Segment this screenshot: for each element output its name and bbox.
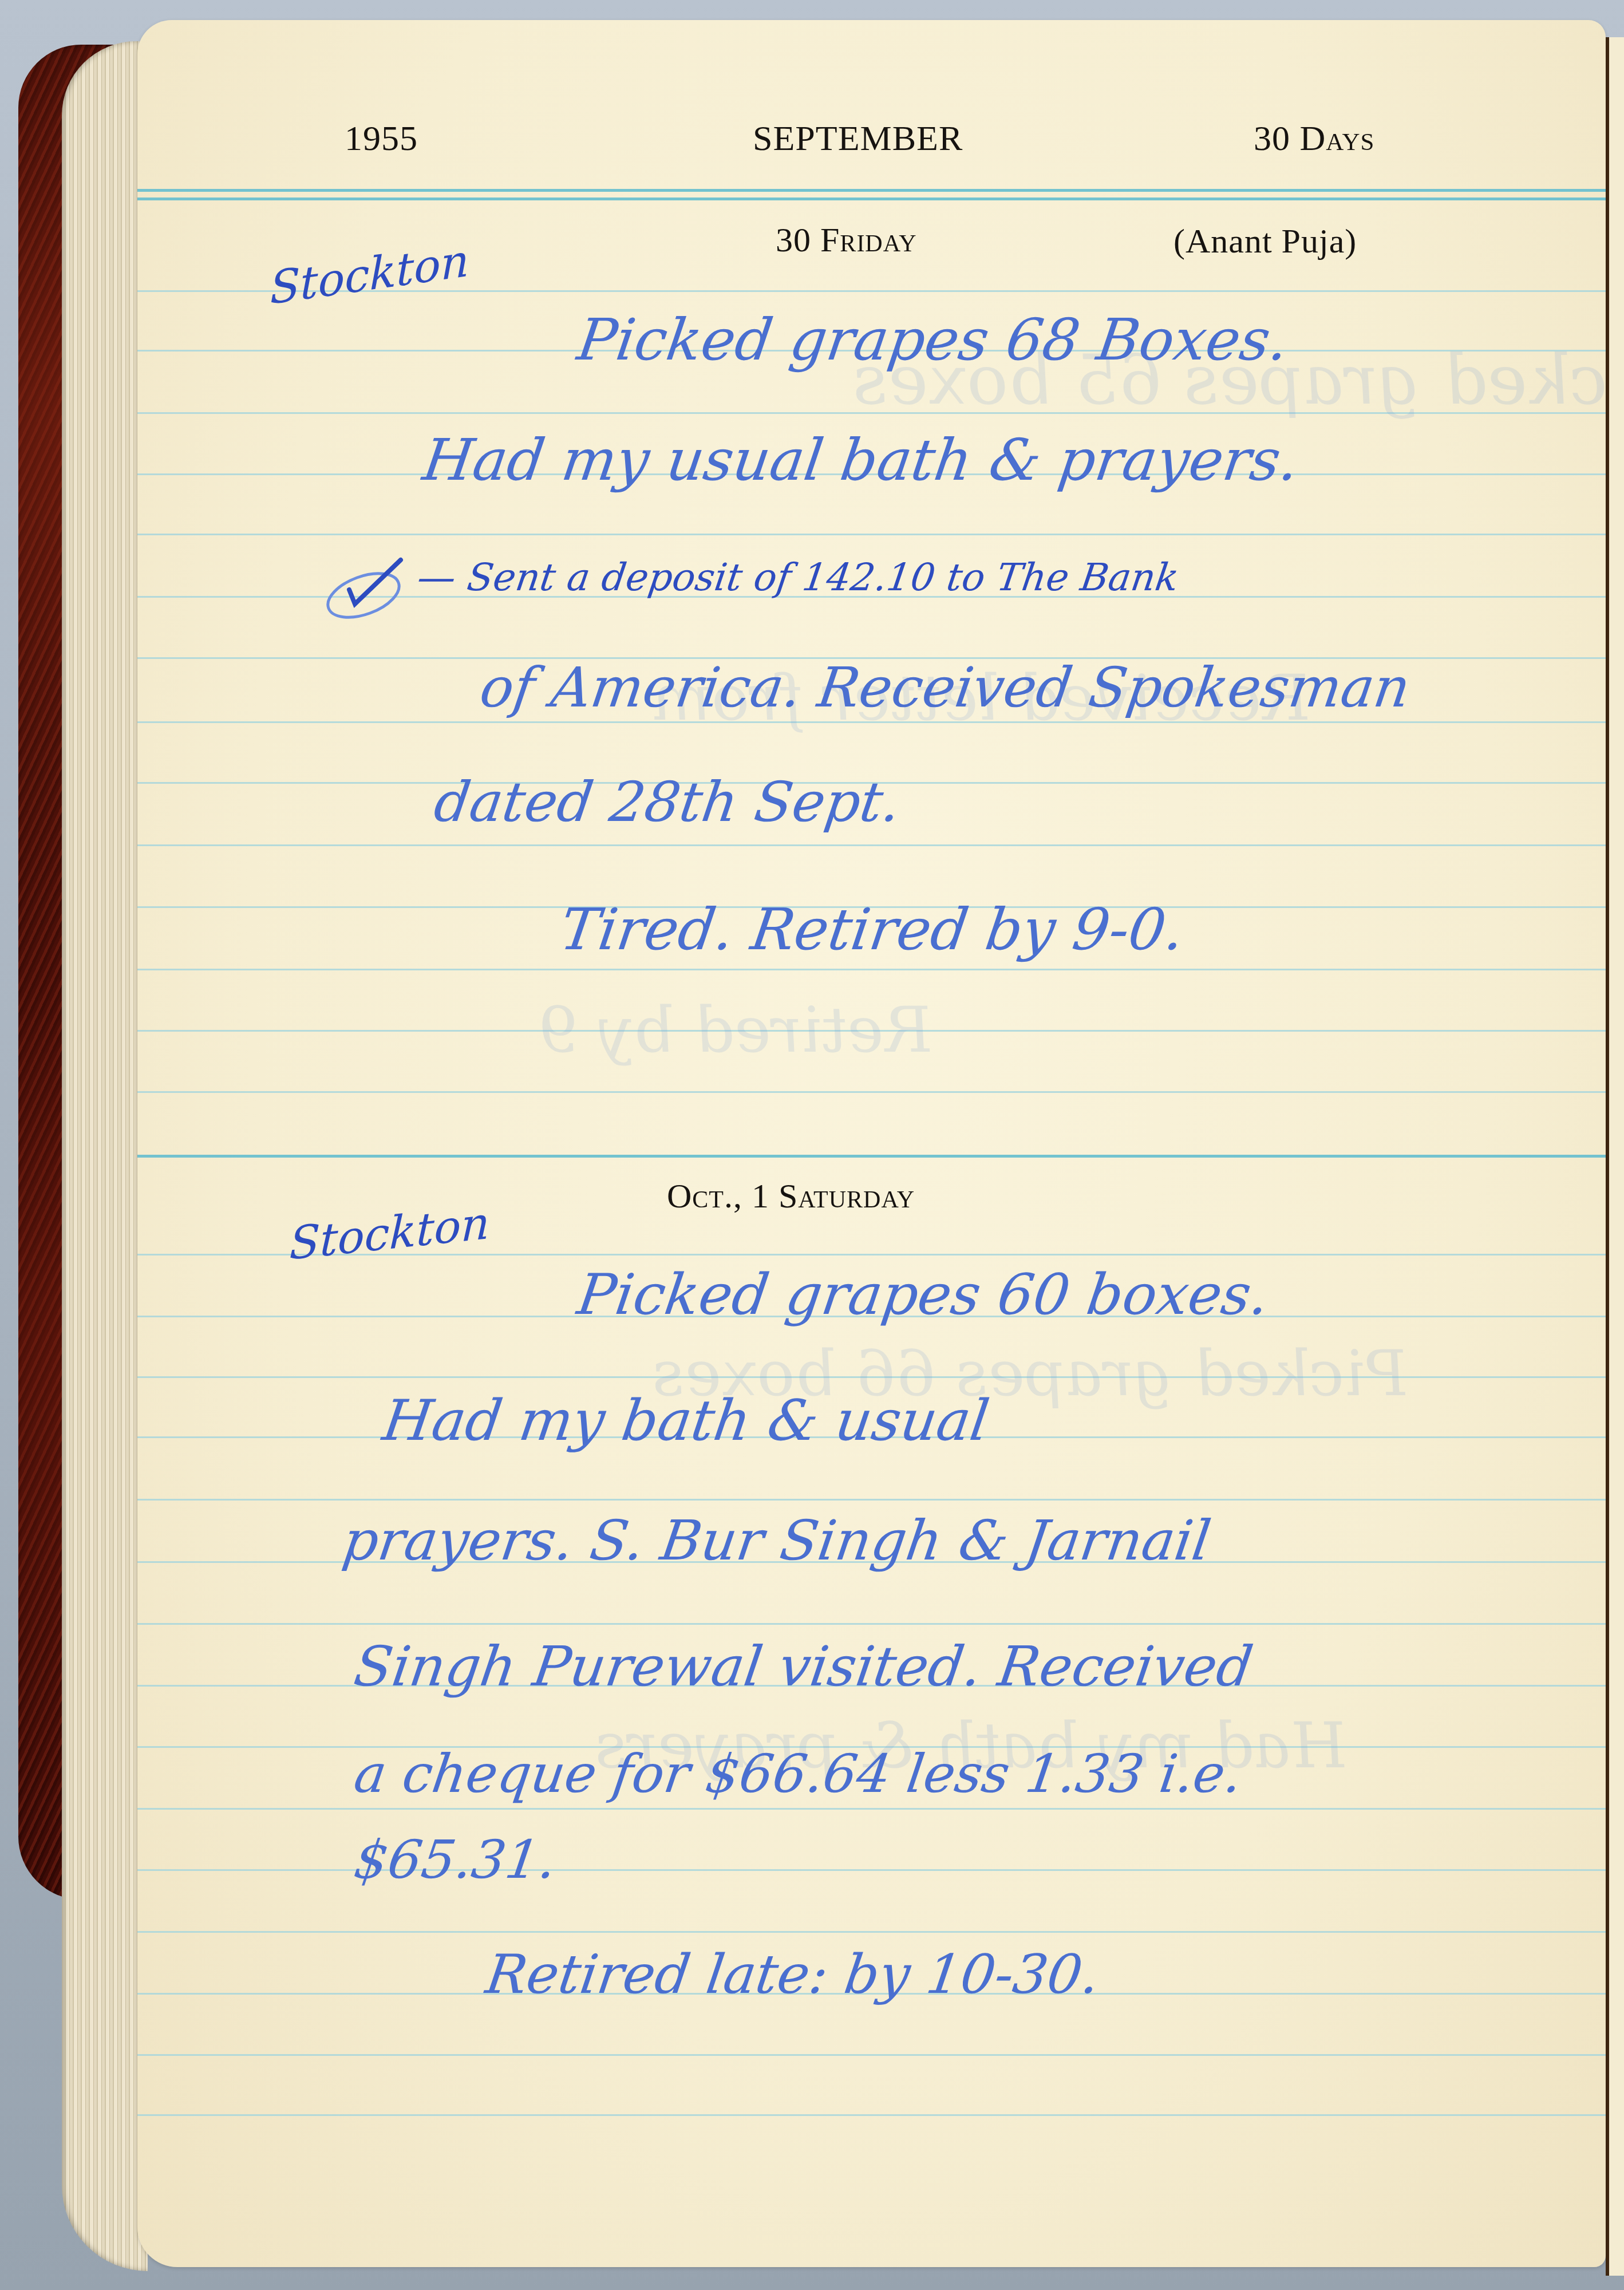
day-divider-rule: [137, 1155, 1606, 1158]
page-stack-edge: [62, 41, 148, 2271]
entry-line: a cheque for $66.64 less 1.33 i.e.: [350, 1743, 1246, 1805]
ruled-line: [137, 2114, 1606, 2116]
header-year: 1955: [345, 119, 418, 159]
entry-date-oct-1: Oct., 1 Saturday: [667, 1176, 915, 1216]
entry-line: Tired. Retired by 9-0.: [556, 896, 1188, 963]
ruled-line: [137, 844, 1606, 846]
entry-line: prayers. S. Bur Singh & Jarnail: [339, 1509, 1215, 1573]
entry-line: Picked grapes 60 boxes.: [574, 1262, 1273, 1328]
entry-line: — Sent a deposit of 142.10 to The Bank: [415, 555, 1182, 599]
header-days-count: 30 Days: [1254, 119, 1374, 159]
ruled-line: [137, 1091, 1606, 1093]
header-double-rule-bottom: [137, 198, 1606, 200]
facing-page-edge: [1606, 37, 1624, 2276]
ruled-line: [137, 969, 1606, 970]
entry-date-sept-30: 30 Friday: [776, 220, 917, 260]
diary-page: Picked grapes 65 boxes Received letter f…: [137, 20, 1606, 2267]
ruled-line: [137, 534, 1606, 535]
ruled-line: [137, 1931, 1606, 1933]
entry-line: Picked grapes 68 Boxes.: [574, 306, 1293, 373]
entry-line: Had my usual bath & prayers.: [419, 427, 1303, 493]
ruled-line: [137, 1499, 1606, 1501]
margin-note-location: Stockton: [270, 235, 469, 315]
header-double-rule-top: [137, 189, 1606, 192]
margin-note-location: Stockton: [289, 1197, 490, 1270]
ruled-line: [137, 1623, 1606, 1625]
ruled-line: [137, 1808, 1606, 1810]
header-month: SEPTEMBER: [753, 119, 963, 159]
ruled-line: [137, 2054, 1606, 2056]
entry-line: Retired late: by 10-30.: [482, 1944, 1103, 2006]
entry-line: $65.31.: [350, 1829, 560, 1890]
entry-line: Singh Purewal visited. Received: [350, 1634, 1256, 1699]
entry-line: Had my bath & usual: [379, 1388, 993, 1454]
entry-line: dated 28th Sept.: [430, 770, 904, 834]
bleed-through-text: Retired by 9: [533, 993, 937, 1067]
entry-line: of America. Received Spokesman: [476, 656, 1414, 720]
entry-holiday: (Anant Puja): [1173, 222, 1357, 261]
